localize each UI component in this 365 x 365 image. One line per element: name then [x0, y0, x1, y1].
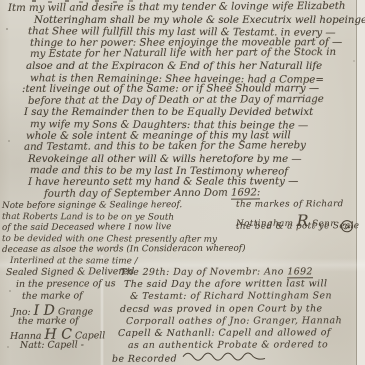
manuscript-line: Itm my will and desire is that my tender…	[0, 1, 355, 15]
handwritten-text: in the presence of us	[16, 278, 116, 290]
probate-line: be Recorded	[112, 352, 277, 365]
handwritten-text: Revokeinge all other will & wills hereto…	[28, 154, 302, 165]
handwritten-text: Itm my will and desire is that my tender…	[8, 1, 345, 14]
witness-line: Sealed Signed & Delivered	[4, 266, 114, 279]
handwritten-text: fourth day of September Anno Dom	[44, 187, 231, 199]
handwritten-text: before that at the Day of Death or at th…	[28, 94, 324, 107]
handwritten-text: be Recorded	[112, 354, 177, 365]
note-line: decease as alsoe the words (In Considera…	[2, 243, 359, 256]
note-line-text: decease as alsoe the words (In Considera…	[2, 244, 246, 255]
handwritten-text: Note before signinge & Sealinge hereof.	[2, 200, 182, 211]
attestation-row: Jno: I D Grangedecsd was proved in open …	[4, 304, 363, 316]
note-line-text: that Roberts Land is to be on ye South	[2, 212, 174, 223]
attestation-row: Hanna H C CapellCapell & Nathanll: Capel…	[4, 328, 363, 340]
manuscript-line: before that at the Day of Death or at th…	[0, 94, 355, 108]
probate-line: Corporall oathes of Jno: Granger, Hannah	[126, 315, 342, 328]
probate-line: decsd was proved in open Court by the	[120, 303, 323, 316]
handwritten-text: and Testamt. and this to be taken for th…	[24, 140, 306, 153]
handwritten-text: my Estate for her Naturall life with her…	[30, 47, 336, 60]
attestation-row: be Recorded	[4, 352, 363, 364]
handwritten-text: Natt: Capell -	[20, 340, 84, 351]
manuscript-line: my Estate for her Naturall life with her…	[0, 47, 355, 61]
note-line-text: of the said Deceased where I now live	[2, 222, 171, 233]
handwritten-text: Capell & Nathanll: Capell and allowed of	[118, 327, 331, 339]
handwritten-text: Interlined at the same time /	[10, 256, 138, 266]
manuscript-line: and Testamt. and this to be taken for th…	[0, 140, 355, 154]
handwritten-text: Corporall oathes of Jno: Granger, Hannah	[126, 315, 342, 327]
handwritten-text: alsoe and at the Expiracon & End of this…	[26, 61, 322, 72]
flourish-icon	[181, 354, 277, 365]
probate-line: Capell & Nathanll: Capell and allowed of	[118, 327, 331, 340]
note-line: of the said Deceased where I now livethe…	[2, 221, 359, 234]
attestation-row: the marke of& Testamt: of Richard Nottin…	[4, 291, 363, 303]
manuscript-line: Notteringham shall be my whole & sole Ex…	[0, 15, 355, 27]
witness-line: Hanna H C Capell	[4, 327, 118, 340]
handwritten-text: I say the Remainder then to be Equally D…	[24, 107, 313, 118]
manuscript-line: Revokeinge all other will & wills hereto…	[0, 154, 355, 166]
probate-line: as an authentick Probate & ordered to	[128, 339, 328, 352]
attestation-block: Sealed Signed & DeliveredThe 29th: Day o…	[4, 267, 363, 365]
manuscript-line: fourth day of September Anno Dom 1692:	[0, 186, 355, 200]
handwritten-text: I have hereunto sett my hand & Seale thi…	[28, 176, 298, 188]
handwritten-text: the markes of Richard	[236, 199, 344, 210]
attestation-row: Natt: Capell -as an authentick Probate &…	[4, 340, 363, 352]
main-text-block: Itm my will and desire is that my tender…	[0, 3, 355, 200]
handwritten-text: decease as alsoe the words (In Considera…	[2, 244, 246, 255]
handwritten-text: the marke of	[22, 291, 83, 302]
underlined-text: 1692	[287, 266, 313, 278]
probate-line: The 29th: Day of Novembr: Ano 1692	[114, 266, 313, 279]
witness-line	[4, 352, 112, 365]
handwritten-text: & Testamt: of Richard Nottingham Sen	[130, 291, 332, 303]
handwritten-text: the marke of	[18, 315, 79, 326]
note-line-text: Interlined at the same time /	[2, 256, 138, 266]
witness-line: the marke of	[4, 290, 130, 303]
handwritten-text: as an authentick Probate & ordered to	[128, 339, 328, 351]
manuscript-line: I say the Remainder then to be Equally D…	[0, 107, 355, 119]
probate-line: & Testamt: of Richard Nottingham Sen	[130, 291, 332, 304]
handwritten-text: that Roberts Land is to be on ye South	[2, 212, 174, 223]
manuscript-page: Itm my will and desire is that my tender…	[0, 0, 365, 365]
handwritten-text: The 29th: Day of Novembr: Ano	[120, 266, 287, 278]
note-line-text: Note before signinge & Sealinge hereof.	[2, 200, 182, 211]
underlined-text: 1692:	[231, 187, 260, 199]
note-block: Note before signinge & Sealinge hereof.t…	[2, 201, 359, 267]
handwritten-text: decsd was proved in open Court by the	[120, 303, 323, 315]
witness-line: Jno: I D Grange	[4, 303, 120, 316]
testator-mark-text: the markes of Richard	[236, 199, 344, 211]
handwritten-text: The said Day the afore written last will	[124, 278, 327, 290]
handwritten-text: Notteringham shall be my whole & sole Ex…	[34, 15, 365, 26]
manuscript-line: alsoe and at the Expiracon & End of this…	[0, 61, 355, 73]
handwritten-text: of the said Deceased where I now live	[2, 222, 171, 233]
